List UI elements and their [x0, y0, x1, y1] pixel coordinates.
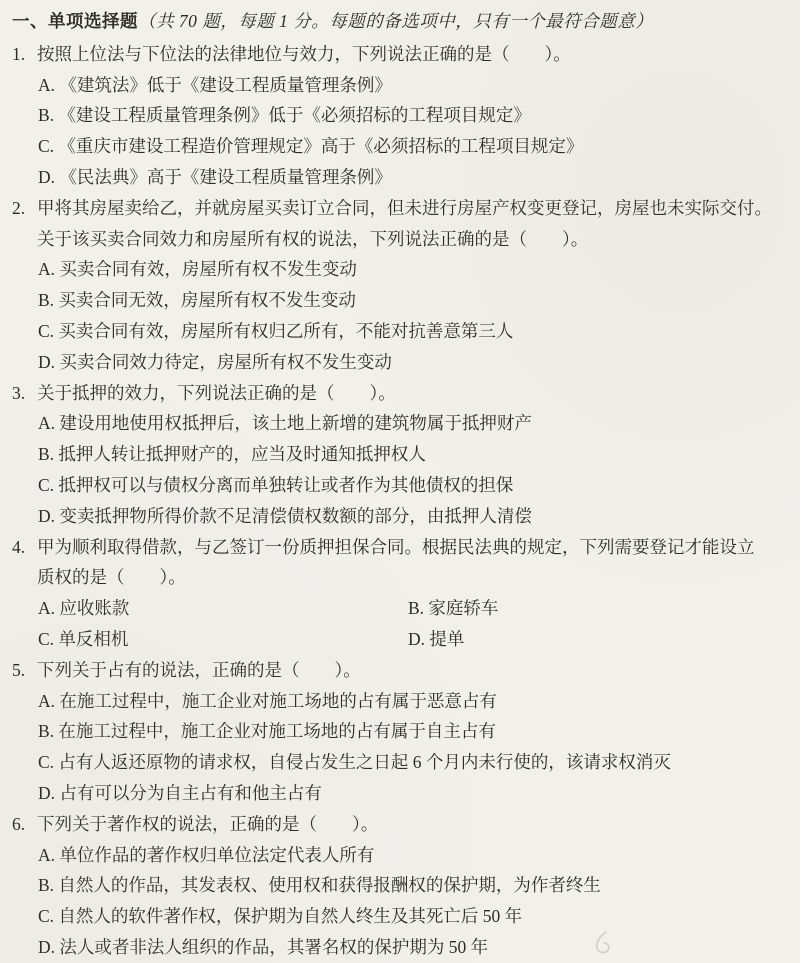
question-3: 3. 关于抵押的效力，下列说法正确的是（ ）。 A. 建设用地使用权抵押后，该土…: [12, 378, 792, 532]
option-d: D. 变卖抵押物所得价款不足清偿债权数额的部分，由抵押人清偿: [38, 501, 792, 532]
question-number: 1.: [12, 39, 37, 70]
options-grid: A. 应收账款 B. 家庭轿车 C. 单反相机 D. 提单: [38, 593, 792, 655]
question-stem: 关于抵押的效力，下列说法正确的是（ ）。: [37, 378, 792, 409]
option-d: D. 买卖合同效力待定，房屋所有权不发生变动: [38, 347, 792, 378]
option-c: C. 占有人返还原物的请求权，自侵占发生之日起 6 个月内未行使的，该请求权消灭: [38, 747, 792, 778]
option-a: A. 买卖合同有效，房屋所有权不发生变动: [38, 254, 792, 285]
question-number: 4.: [12, 532, 37, 594]
option-a: A. 《建筑法》低于《建设工程质量管理条例》: [38, 70, 792, 101]
option-c: C. 抵押权可以与债权分离而单独转让或者作为其他债权的担保: [38, 470, 792, 501]
question-6: 6. 下列关于著作权的说法，正确的是（ ）。 A. 单位作品的著作权归单位法定代…: [12, 809, 792, 963]
question-number: 3.: [12, 378, 37, 409]
question-stem-row: 6. 下列关于著作权的说法，正确的是（ ）。: [12, 809, 792, 840]
pen-mark-artifact: [592, 930, 614, 956]
option-a: A. 应收账款: [38, 593, 408, 624]
question-stem-line-1: 甲为顺利取得借款，与乙签订一份质押担保合同。根据民法典的规定，下列需要登记才能设…: [37, 532, 792, 563]
option-c: C. 单反相机: [38, 624, 408, 655]
option-b: B. 家庭轿车: [408, 593, 792, 624]
option-d: D. 《民法典》高于《建设工程质量管理条例》: [38, 162, 792, 193]
option-b: B. 买卖合同无效，房屋所有权不发生变动: [38, 285, 792, 316]
option-b: B. 在施工过程中，施工企业对施工场地的占有属于自主占有: [38, 716, 792, 747]
question-stem: 下列关于著作权的说法，正确的是（ ）。: [37, 809, 792, 840]
exam-page: 一、单项选择题（共 70 题，每题 1 分。每题的备选项中，只有一个最符合题意）…: [0, 0, 800, 963]
question-stem: 下列关于占有的说法，正确的是（ ）。: [37, 655, 792, 686]
option-c: C. 买卖合同有效，房屋所有权归乙所有，不能对抗善意第三人: [38, 316, 792, 347]
option-d: D. 法人或者非法人组织的作品，其署名权的保护期为 50 年: [38, 932, 792, 963]
question-4: 4. 甲为顺利取得借款，与乙签订一份质押担保合同。根据民法典的规定，下列需要登记…: [12, 532, 792, 655]
question-stem: 按照上位法与下位法的法律地位与效力，下列说法正确的是（ ）。: [37, 39, 792, 70]
question-stem-row: 1. 按照上位法与下位法的法律地位与效力，下列说法正确的是（ ）。: [12, 39, 792, 70]
question-number: 5.: [12, 655, 37, 686]
question-stem-line-2: 质权的是（ ）。: [37, 562, 792, 593]
question-number: 2.: [12, 193, 37, 255]
option-b: B. 《建设工程质量管理条例》低于《必须招标的工程项目规定》: [38, 100, 792, 131]
question-5: 5. 下列关于占有的说法，正确的是（ ）。 A. 在施工过程中，施工企业对施工场…: [12, 655, 792, 809]
section-title: 一、单项选择题: [12, 12, 138, 32]
option-d: D. 提单: [408, 624, 792, 655]
question-2: 2. 甲将其房屋卖给乙，并就房屋买卖订立合同，但未进行房屋产权变更登记，房屋也未…: [12, 193, 792, 378]
question-stem-row: 3. 关于抵押的效力，下列说法正确的是（ ）。: [12, 378, 792, 409]
question-stem-row: 5. 下列关于占有的说法，正确的是（ ）。: [12, 655, 792, 686]
section-header: 一、单项选择题（共 70 题，每题 1 分。每题的备选项中，只有一个最符合题意）: [12, 6, 792, 38]
section-note: （共 70 题，每题 1 分。每题的备选项中，只有一个最符合题意）: [138, 11, 653, 31]
option-d: D. 占有可以分为自主占有和他主占有: [38, 778, 792, 809]
option-b: B. 抵押人转让抵押财产的，应当及时通知抵押权人: [38, 439, 792, 470]
question-stem-row: 4. 甲为顺利取得借款，与乙签订一份质押担保合同。根据民法典的规定，下列需要登记…: [12, 532, 792, 594]
question-stem-line-1: 甲将其房屋卖给乙，并就房屋买卖订立合同，但未进行房屋产权变更登记，房屋也未实际交…: [37, 193, 792, 224]
option-a: A. 单位作品的著作权归单位法定代表人所有: [38, 840, 792, 871]
option-c: C. 自然人的软件著作权，保护期为自然人终生及其死亡后 50 年: [38, 901, 792, 932]
question-stem-row: 2. 甲将其房屋卖给乙，并就房屋买卖订立合同，但未进行房屋产权变更登记，房屋也未…: [12, 193, 792, 255]
question-1: 1. 按照上位法与下位法的法律地位与效力，下列说法正确的是（ ）。 A. 《建筑…: [12, 39, 792, 193]
option-b: B. 自然人的作品，其发表权、使用权和获得报酬权的保护期，为作者终生: [38, 870, 792, 901]
question-number: 6.: [12, 809, 37, 840]
option-a: A. 在施工过程中，施工企业对施工场地的占有属于恶意占有: [38, 686, 792, 717]
option-a: A. 建设用地使用权抵押后，该土地上新增的建筑物属于抵押财产: [38, 408, 792, 439]
option-c: C. 《重庆市建设工程造价管理规定》高于《必须招标的工程项目规定》: [38, 131, 792, 162]
question-stem-line-2: 关于该买卖合同效力和房屋所有权的说法，下列说法正确的是（ ）。: [37, 224, 792, 255]
